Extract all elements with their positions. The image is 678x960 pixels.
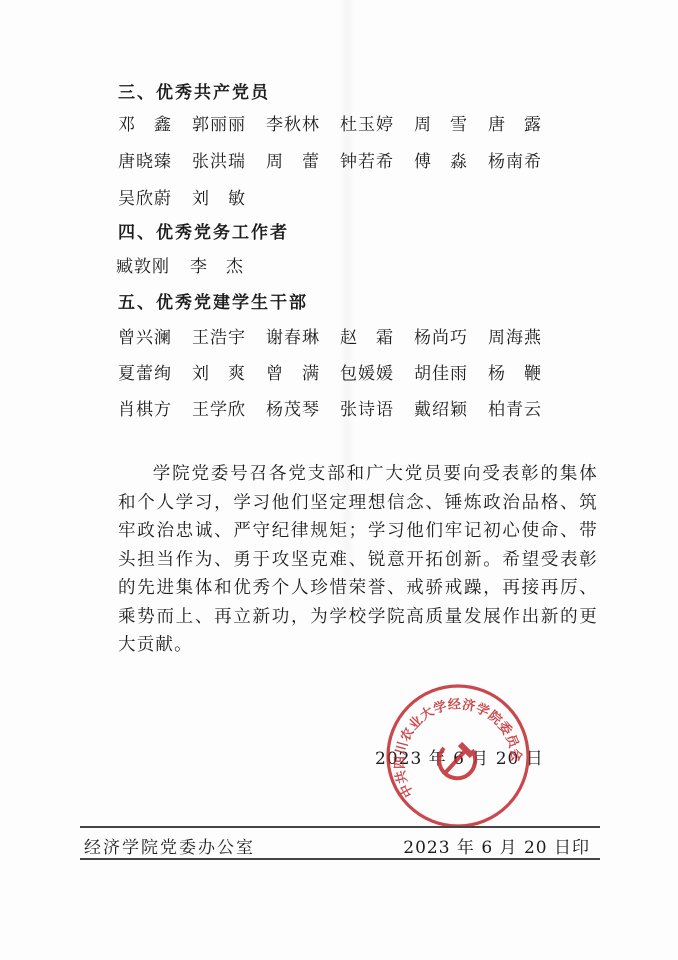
svg-text:中共四川农业大学经济学院委员会: 中共四川农业大学经济学院委员会 (392, 696, 524, 800)
name: 杜玉婷 (340, 110, 414, 135)
names-row: 肖棋方 王学欣 杨茂琴 张诗语 戴绍颖 柏青云 (118, 395, 562, 420)
name: 夏蕾绚 (118, 359, 192, 384)
name: 包媛媛 (340, 359, 414, 384)
names-row: 唐晓臻 张洪瑞 周 蕾 钟若希 傅 淼 杨南希 (118, 147, 562, 172)
name: 柏青云 (488, 395, 562, 420)
name: 唐 露 (488, 110, 562, 135)
names-row: 曾兴澜 王浩宇 谢春琳 赵 霜 杨尚巧 周海燕 (118, 323, 562, 348)
name: 刘 敏 (192, 184, 266, 209)
name: 杨 鞭 (488, 359, 562, 384)
name: 赵 霜 (340, 323, 414, 348)
names-row: 吴欣蔚 刘 敏 (118, 184, 266, 209)
name: 曾 满 (266, 359, 340, 384)
name: 周 蕾 (266, 147, 340, 172)
issuing-office: 经济学院党委办公室 (84, 833, 255, 858)
name: 胡佳雨 (414, 359, 488, 384)
names-row: 邓 鑫 郭丽丽 李秋林 杜玉婷 周 雪 唐 露 (118, 110, 562, 135)
name: 张诗语 (340, 395, 414, 420)
name: 杨南希 (488, 147, 562, 172)
name: 杨尚巧 (414, 323, 488, 348)
name: 李秋林 (266, 110, 340, 135)
name: 谢春琳 (266, 323, 340, 348)
name: 李 杰 (190, 252, 264, 277)
name: 张洪瑞 (192, 147, 266, 172)
name: 臧敦刚 (116, 252, 190, 277)
name: 周海燕 (488, 323, 562, 348)
section-heading-party-workers: 四、优秀党务工作者 (118, 218, 289, 243)
printed-date: 2023 年 6 月 20 日印 (403, 833, 590, 858)
official-seal-icon: 中共四川农业大学经济学院委员会 (384, 682, 532, 830)
name: 唐晓臻 (118, 147, 192, 172)
name: 王学欣 (192, 395, 266, 420)
name: 王浩宇 (192, 323, 266, 348)
name: 钟若希 (340, 147, 414, 172)
paragraph-text: 学院党委号召各党支部和广大党员要向受表彰的集体和个人学习，学习他们坚定理想信念、… (118, 464, 598, 655)
names-row: 臧敦刚 李 杰 (116, 252, 264, 277)
name: 吴欣蔚 (118, 184, 192, 209)
closing-paragraph: 学院党委号召各党支部和广大党员要向受表彰的集体和个人学习，学习他们坚定理想信念、… (118, 460, 598, 660)
footer-rule-top (80, 826, 600, 828)
footer-rule-bottom (80, 858, 600, 860)
names-row: 夏蕾绚 刘 爽 曾 满 包媛媛 胡佳雨 杨 鞭 (118, 359, 562, 384)
name: 郭丽丽 (192, 110, 266, 135)
name: 邓 鑫 (118, 110, 192, 135)
name: 戴绍颖 (414, 395, 488, 420)
name: 肖棋方 (118, 395, 192, 420)
name: 刘 爽 (192, 359, 266, 384)
section-heading-student-cadres: 五、优秀党建学生干部 (118, 288, 308, 313)
name: 周 雪 (414, 110, 488, 135)
name: 杨茂琴 (266, 395, 340, 420)
name: 曾兴澜 (118, 323, 192, 348)
name: 傅 淼 (414, 147, 488, 172)
section-heading-outstanding-members: 三、优秀共产党员 (118, 78, 270, 103)
